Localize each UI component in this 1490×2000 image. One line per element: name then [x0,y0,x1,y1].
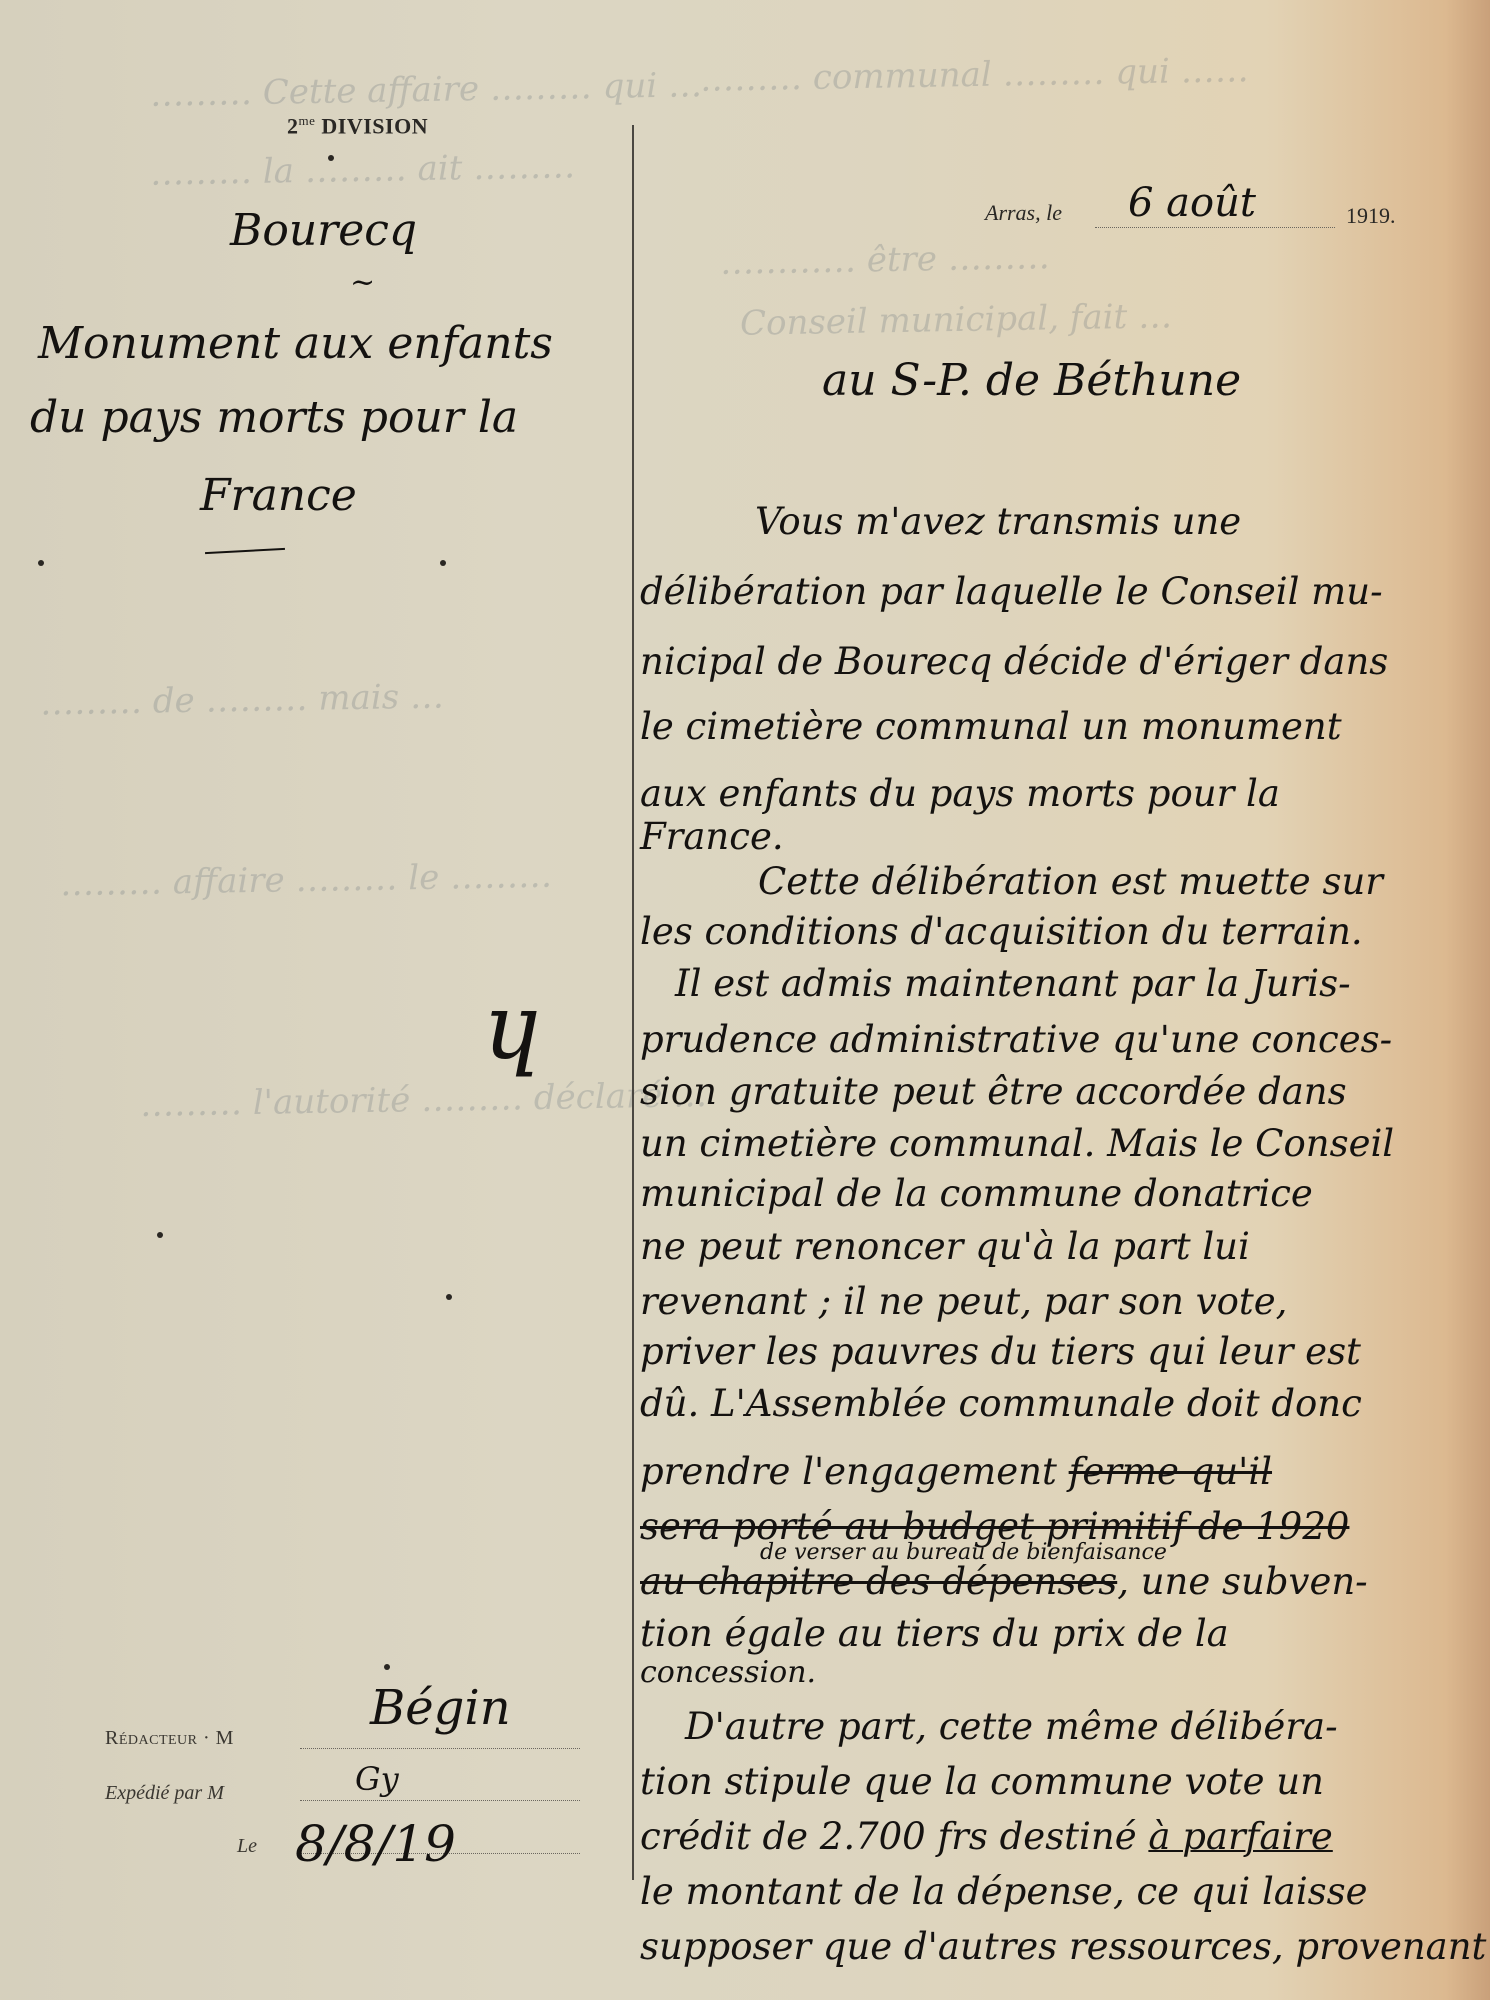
credit-text: crédit de 2.700 frs destiné [640,1815,1148,1858]
handwritten-date: 6 août [1128,180,1256,226]
bleed-through-text: Conseil municipal, fait … [740,296,1173,344]
column-divider [632,125,634,1880]
struck-text: ferme qu'il [1069,1450,1272,1493]
body-line: Cette délibération est muette sur [758,860,1383,903]
ink-dot [157,1232,163,1238]
subject-underline [205,548,285,554]
underlined-text: à parfaire [1148,1815,1332,1858]
body-line: aux enfants du pays morts pour la [640,772,1280,815]
division-number: 2 [287,113,299,138]
ink-dot [440,560,446,566]
bleed-through-text: ……… affaire ……… le ……… [60,856,553,905]
place-label: Arras, le [985,200,1062,226]
body-line: tion stipule que la commune vote un [640,1760,1324,1803]
bleed-through-text: ……… Cette affaire ……… qui … [150,65,703,115]
body-line: D'autre part, cette même délibéra- [685,1705,1338,1748]
body-line: les conditions d'acquisition du terrain. [640,910,1363,953]
body-line: supposer que d'autres ressources, proven… [640,1925,1486,1968]
edited-line: au chapitre des dépenses, une subven- [640,1560,1368,1603]
expedie-label: Expédié par M [105,1782,224,1805]
bleed-through-text: ……… l'autorité ……… déclaré … [140,1075,708,1125]
body-line: tion égale au tiers du prix de la [640,1612,1229,1655]
body-line: nicipal de Bourecq décide d'ériger dans [640,640,1388,683]
ink-dot [384,1664,390,1670]
edited-line: prendre l'engagement ferme qu'il [640,1450,1272,1493]
ink-dot [328,155,334,161]
body-line: Vous m'avez transmis une [755,500,1241,543]
body-line: dû. L'Assemblée communale doit donc [640,1382,1362,1425]
bleed-through-text: ……… la ……… ait ……… [150,146,576,193]
kept-text: , une subven- [1117,1560,1367,1603]
redacteur-label: Rédacteur · M [105,1727,234,1750]
body-line: ne peut renoncer qu'à la part lui [640,1225,1250,1268]
body-line: revenant ; il ne peut, par son vote, [640,1280,1287,1323]
document-page: ……… Cette affaire ……… qui … ……… communal… [0,0,1490,2000]
commune-name: Bourecq [230,205,417,256]
body-line: sion gratuite peut être accordée dans [640,1070,1347,1113]
body-line: Il est admis maintenant par la Juris- [675,962,1351,1005]
ink-dot [446,1294,452,1300]
body-line: priver les pauvres du tiers qui leur est [640,1330,1361,1373]
subject-line: France [200,470,357,521]
body-line: le montant de la dépense, ce qui laisse [640,1870,1368,1913]
separator-mark: ~ [350,265,375,300]
handwritten-initial-mark: ɥ [485,975,543,1080]
bleed-through-text: ……… de ……… mais … [40,676,445,723]
division-suffix: me [299,113,316,128]
subject-line: du pays morts pour la [30,392,518,443]
redacteur-signature: Bégin [370,1680,511,1736]
date-year: 1919. [1346,203,1396,229]
body-line: prudence administrative qu'une conces- [640,1018,1392,1061]
dispatch-date: 8/8/19 [295,1815,456,1873]
kept-text: prendre l'engagement [640,1450,1057,1493]
expedie-dotted-line [300,1800,580,1801]
bleed-through-text: ………… être ……… [720,237,1050,283]
date-dotted-line [1095,227,1335,228]
subject-line: Monument aux enfants [38,318,553,369]
credit-line: crédit de 2.700 frs destiné à parfaire [640,1815,1333,1858]
body-line: le cimetière communal un monument [640,705,1342,748]
body-line: concession. [640,1655,816,1690]
redacteur-dotted-line [300,1748,580,1749]
recipient: au S-P. de Béthune [822,355,1241,406]
body-line: un cimetière communal. Mais le Conseil [640,1122,1394,1165]
bleed-through-text: ……… communal ……… qui …… [700,50,1249,100]
le-label: Le [237,1835,257,1858]
ink-dot [38,560,44,566]
division-heading: 2me DIVISION [287,113,428,139]
body-line: France. [640,815,784,858]
division-label: DIVISION [321,113,428,138]
struck-text: au chapitre des dépenses [640,1560,1117,1603]
body-line: délibération par laquelle le Conseil mu- [640,570,1383,613]
body-line: municipal de la commune donatrice [640,1172,1313,1215]
expedie-initials: Gy [355,1760,399,1798]
